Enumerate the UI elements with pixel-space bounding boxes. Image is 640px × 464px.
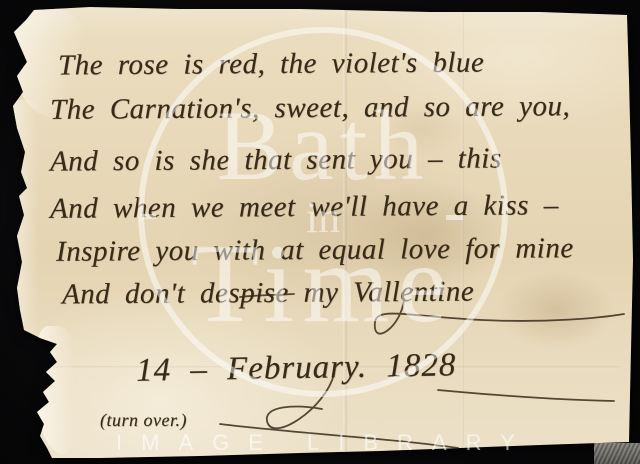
- letter-paper-wrap: The rose is red, the violet's blue The C…: [0, 0, 640, 464]
- photo-backdrop: The rose is red, the violet's blue The C…: [0, 0, 640, 464]
- ink-flourishes: [0, 0, 640, 464]
- scale-tab: [594, 443, 640, 464]
- valentine-flourish: [375, 299, 624, 334]
- date-swash: [267, 374, 334, 428]
- letter-paper: The rose is red, the violet's blue The C…: [0, 0, 640, 464]
- dash-after-year: [438, 390, 614, 401]
- despise-underline: [240, 294, 294, 297]
- date-understroke: [220, 424, 458, 448]
